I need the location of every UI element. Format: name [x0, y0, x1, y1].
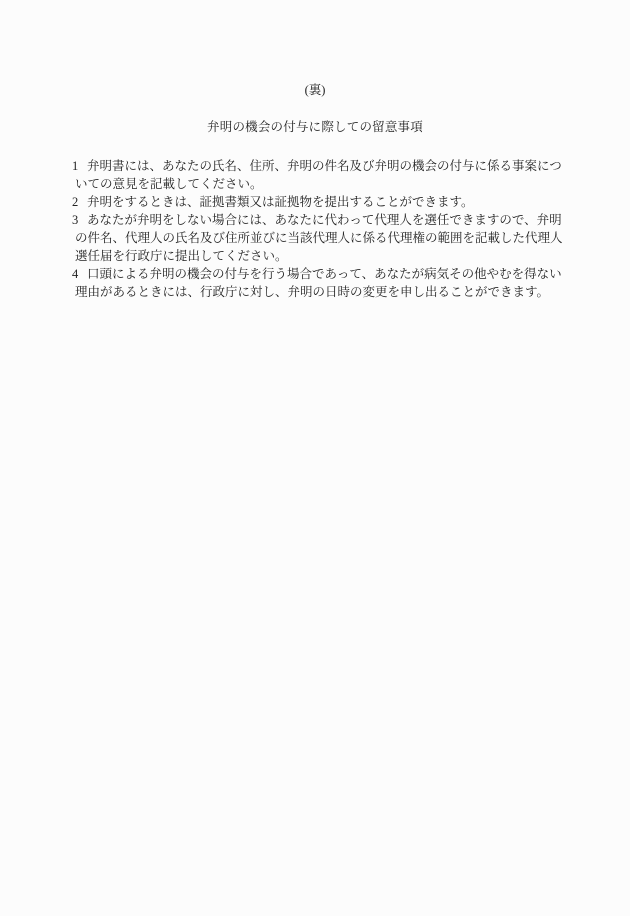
document-page: (裏) 弁明の機会の付与に際しての留意事項 1弁明書には、あなたの氏名、住所、弁… — [0, 0, 630, 916]
note-item: 4口頭による弁明の機会の付与を行う場合であって、あなたが病気その他やむを得ない … — [0, 265, 630, 301]
note-item-text: 弁明をするときは、証拠書類又は証拠物を提出することができます。 — [87, 195, 474, 209]
notes-list: 1弁明書には、あなたの氏名、住所、弁明の件名及び弁明の機会の付与に係る事案につ … — [0, 157, 630, 301]
note-item-number: 1 — [72, 157, 87, 175]
document-title: 弁明の機会の付与に際しての留意事項 — [0, 118, 630, 136]
note-item-number: 2 — [72, 193, 87, 211]
note-item-text: あなたが弁明をしない場合には、あなたに代わって代理人を選任できますので、弁明 の… — [75, 213, 563, 263]
note-item: 3あなたが弁明をしない場合には、あなたに代わって代理人を選任できますので、弁明 … — [0, 211, 630, 265]
note-item: 1弁明書には、あなたの氏名、住所、弁明の件名及び弁明の機会の付与に係る事案につ … — [0, 157, 630, 193]
note-item-text: 口頭による弁明の機会の付与を行う場合であって、あなたが病気その他やむを得ない 理… — [75, 267, 562, 299]
note-item-text: 弁明書には、あなたの氏名、住所、弁明の件名及び弁明の機会の付与に係る事案につ い… — [75, 159, 562, 191]
note-item-number: 4 — [72, 265, 87, 283]
note-item: 2弁明をするときは、証拠書類又は証拠物を提出することができます。 — [0, 193, 630, 211]
page-side-label: (裏) — [0, 81, 630, 99]
note-item-number: 3 — [72, 211, 87, 229]
